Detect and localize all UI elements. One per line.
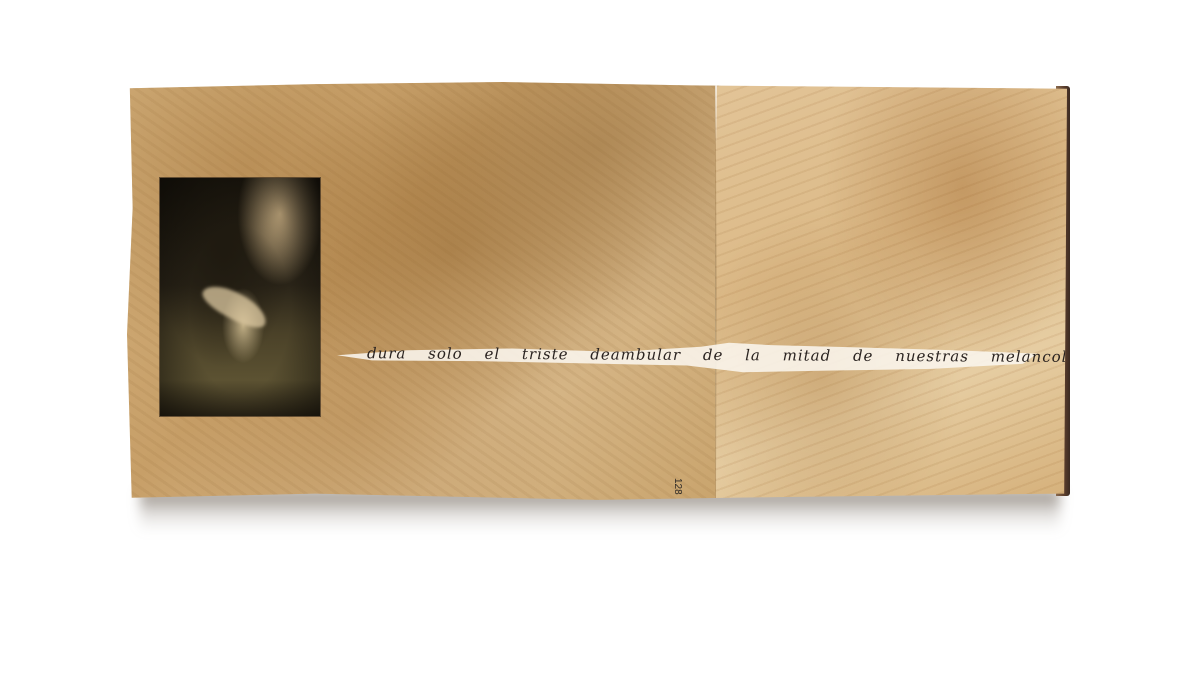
photo-scene: dura solo el triste deambular de la mita…: [0, 0, 1200, 676]
photo-vignette: [160, 178, 320, 416]
mounted-photograph: [160, 178, 320, 416]
page-number: 128: [672, 478, 683, 495]
open-book: dura solo el triste deambular de la mita…: [127, 82, 1067, 502]
right-page: [715, 82, 1068, 502]
page-fold: [715, 82, 717, 502]
handwritten-text: dura solo el triste deambular de la mita…: [367, 344, 1047, 366]
